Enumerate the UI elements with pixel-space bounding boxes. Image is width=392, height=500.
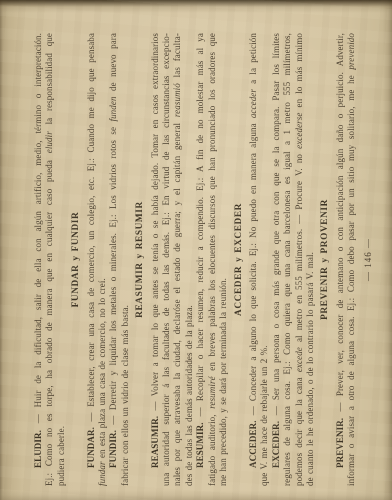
text-segment: — Volver a tomar lo que antes se tenía o… <box>150 33 160 416</box>
headword: ELUDIR. <box>33 430 43 468</box>
section-header: PREVENIR y PROVENIR <box>320 33 331 486</box>
text-line: una autoridad superior á las facultades … <box>161 33 172 486</box>
italic-term: eludir <box>44 131 54 153</box>
text-line: RESUMIR. — Recopilar o hacer resumen, re… <box>195 33 206 486</box>
italic-term: funden <box>108 96 118 121</box>
text-line: regulares de alguna cosa. Ej.: Como quie… <box>282 33 293 486</box>
text-segment: de cuanto le he ordenado, o de lo contra… <box>305 252 315 486</box>
text-line: fatigado auditorio, resumiré en breves p… <box>207 33 218 486</box>
text-segment: — Huir de la dificultad, salir de ella c… <box>33 33 43 430</box>
text-block: ELUDIR. — Huir de la dificultad, salir d… <box>33 33 373 486</box>
text-line: EXCEDER. — Ser una persona o cosa más gr… <box>271 33 282 486</box>
text-segment: a la petición <box>248 33 258 89</box>
section-header: FUNDAR y FUNDIR <box>71 33 82 486</box>
headword: FUNDAR. <box>86 427 96 468</box>
text-segment: pudiera caberle. <box>56 426 66 486</box>
text-line: de cuanto le he ordenado, o de lo contra… <box>305 33 316 486</box>
text-segment: — Recopilar o hacer resumen, reducir a c… <box>195 33 205 422</box>
rotated-page-content: ELUDIR. — Huir de la dificultad, salir d… <box>0 0 392 500</box>
text-segment: fatigado auditorio, <box>207 409 217 486</box>
text-line: nales por que atravesaba la ciudad, decl… <box>172 33 183 486</box>
text-segment: regulares de alguna cosa. Ej.: Como quie… <box>282 33 292 486</box>
text-segment: — Derretir y liquidar los metales o mine… <box>108 122 118 431</box>
text-segment: en lo más mínimo <box>294 33 304 113</box>
italic-term: resumiré <box>207 376 217 408</box>
text-segment: al metro en 555 milímetros. — Procure V.… <box>294 149 304 347</box>
text-segment: que V. me hace de rebajarle un 2 %. <box>259 345 269 486</box>
text-segment: — Prever, ver, conocer de antemano o con… <box>335 33 345 418</box>
page-number: — 146 — <box>363 33 373 486</box>
text-segment: Ej.: Como no es torpe, ha obrado de mane… <box>44 153 54 486</box>
section-header: REASUMIR y RESUMIR <box>135 33 146 486</box>
text-line: ACCEDER. — Conceder a alguno lo que soli… <box>248 33 259 486</box>
text-segment: — Establecer, crear una casa de comercio… <box>86 33 96 427</box>
text-segment: PREVENIR y PROVENIR <box>320 199 330 320</box>
text-segment: nales por que atravesaba la ciudad, decl… <box>172 117 182 486</box>
text-line: ELUDIR. — Huir de la dificultad, salir d… <box>33 33 44 486</box>
headword: EXCEDER. <box>271 421 281 468</box>
text-line: podemos decir que la cana excede al metr… <box>294 33 305 486</box>
text-segment: las faculta- <box>172 33 182 83</box>
text-segment: informar o avisar a otro de alguna cosa.… <box>346 70 356 486</box>
text-line: fabricar con ellos un vidrio de clase má… <box>120 33 131 486</box>
text-segment: de nuevo para <box>108 33 118 96</box>
text-segment: podemos decir que la cana <box>294 372 304 486</box>
text-line: fundar en esta plaza una casa de comerci… <box>97 33 108 486</box>
italic-term: reasumió <box>172 83 182 117</box>
text-segment: la responsabilidad que <box>44 33 54 131</box>
text-line: FUNDAR. — Establecer, crear una casa de … <box>86 33 97 486</box>
italic-term: acceder <box>248 89 258 118</box>
text-line: PREVENIR. — Prever, ver, conocer de ante… <box>335 33 346 486</box>
scanned-book-page: ELUDIR. — Huir de la dificultad, salir d… <box>0 0 392 500</box>
text-segment: des de todas las demás autoridades de la… <box>184 305 194 486</box>
text-line: des de todas las demás autoridades de la… <box>184 33 195 486</box>
section-header: ACCEDER y EXCEDER <box>234 33 245 486</box>
text-segment: me han precedido, y se dará por terminad… <box>218 278 228 486</box>
italic-term: prevenido <box>346 33 356 70</box>
italic-term: excederse <box>294 113 304 149</box>
text-segment: en esta plaza una casa de comercio, no l… <box>97 278 107 461</box>
text-segment: ACCEDER y EXCEDER <box>234 203 244 316</box>
text-segment: — Ser una persona o cosa más grande que … <box>271 33 281 421</box>
headword: FUNDIR. <box>108 430 118 468</box>
italic-term: fundar <box>97 461 107 486</box>
text-line: me han precedido, y se dará por terminad… <box>218 33 229 486</box>
headword: RESUMIR. <box>195 422 205 468</box>
headword: REASUMIR. <box>150 416 160 468</box>
headword: ACCEDER. <box>248 420 258 468</box>
italic-term: excede <box>294 347 304 372</box>
text-segment: — Conceder a alguno lo que solicita. Ej.… <box>248 118 258 420</box>
headword: PREVENIR. <box>335 418 345 468</box>
text-line: REASUMIR. — Volver a tomar lo que antes … <box>150 33 161 486</box>
text-line: pudiera caberle. <box>56 33 67 486</box>
text-segment: REASUMIR y RESUMIR <box>135 201 145 318</box>
text-segment: una autoridad superior á las facultades … <box>161 33 171 486</box>
text-line: FUNDIR. — Derretir y liquidar los metale… <box>108 33 119 486</box>
text-line: Ej.: Como no es torpe, ha obrado de mane… <box>44 33 55 486</box>
text-segment: fabricar con ellos un vidrio de clase má… <box>120 305 130 486</box>
text-line: informar o avisar a otro de alguna cosa.… <box>346 33 357 486</box>
text-segment: en breves palabras los elocuentes discur… <box>207 33 217 376</box>
text-line: que V. me hace de rebajarle un 2 %. <box>259 33 270 486</box>
text-segment: FUNDAR y FUNDIR <box>71 212 81 308</box>
